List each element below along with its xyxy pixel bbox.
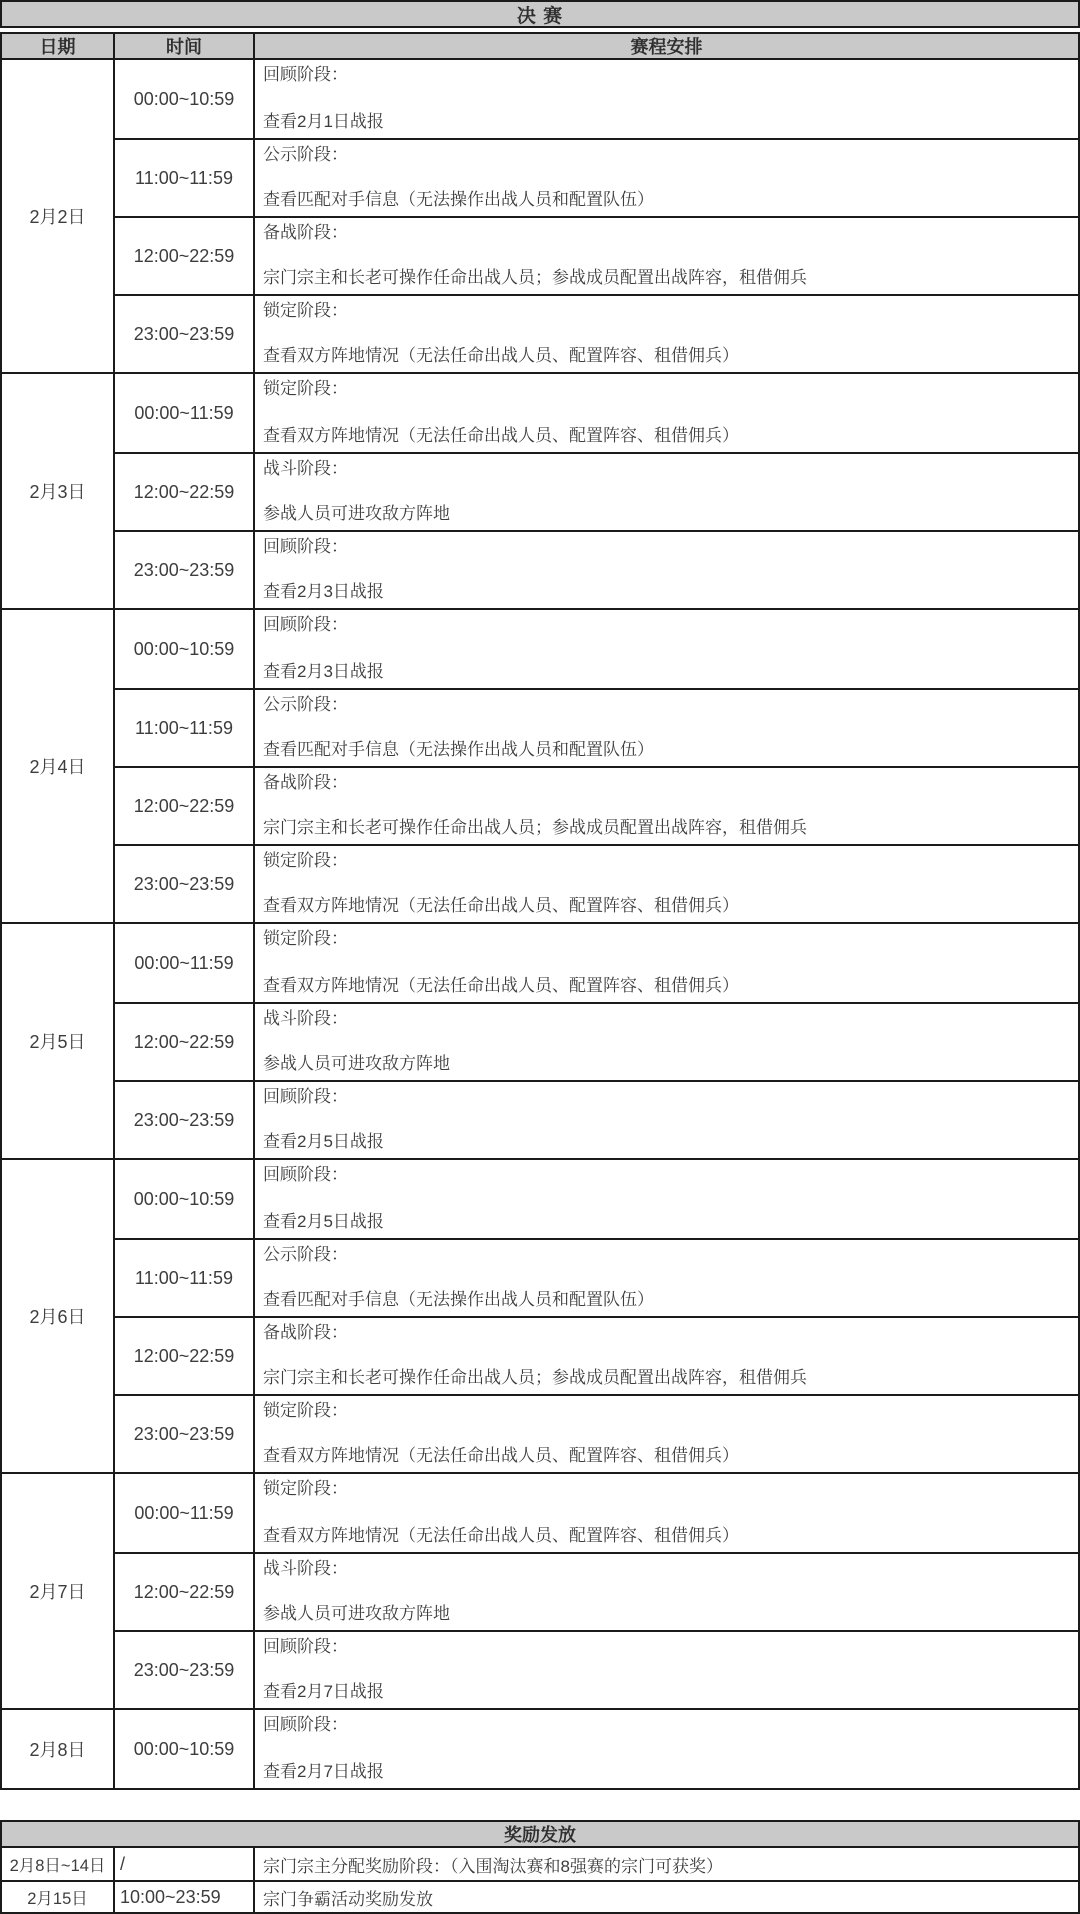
day-row: 2月7日00:00~11:59锁定阶段：查看双方阵地情况（无法任命出战人员、配置… <box>2 1472 1078 1708</box>
time-cell: 10:00~23:59 <box>115 1882 255 1912</box>
finals-title: 决 赛 <box>0 0 1080 28</box>
reward-row: 2月15日10:00~23:59宗门争霸活动奖励发放 <box>2 1880 1078 1912</box>
phase-desc: 查看匹配对手信息（无法操作出战人员和配置队伍） <box>263 189 1068 210</box>
phase-label: 备战阶段： <box>263 772 1068 793</box>
time-cell: 11:00~11:59 <box>115 1240 255 1316</box>
slot-row: 12:00~22:59战斗阶段：参战人员可进攻敌方阵地 <box>115 1552 1078 1630</box>
phase-label: 回顾阶段： <box>263 1714 1068 1735</box>
phase-label: 回顾阶段： <box>263 536 1068 557</box>
schedule-cell: 回顾阶段：查看2月7日战报 <box>255 1710 1078 1788</box>
date-cell: 2月3日 <box>2 374 115 608</box>
slot-row: 12:00~22:59备战阶段：宗门宗主和长老可操作任命出战人员；参战成员配置出… <box>115 216 1078 294</box>
desc-cell: 宗门宗主分配奖励阶段：（入围淘汰赛和8强赛的宗门可获奖） <box>255 1848 1078 1880</box>
schedule-cell: 锁定阶段：查看双方阵地情况（无法任命出战人员、配置阵容、租借佣兵） <box>255 846 1078 922</box>
phase-desc: 查看匹配对手信息（无法操作出战人员和配置队伍） <box>263 1289 1068 1310</box>
time-cell: 00:00~11:59 <box>115 924 255 1002</box>
phase-label: 战斗阶段： <box>263 458 1068 479</box>
day-slots: 00:00~11:59锁定阶段：查看双方阵地情况（无法任命出战人员、配置阵容、租… <box>115 1474 1078 1708</box>
slot-row: 00:00~11:59锁定阶段：查看双方阵地情况（无法任命出战人员、配置阵容、租… <box>115 1474 1078 1552</box>
phase-desc: 参战人员可进攻敌方阵地 <box>263 1053 1068 1074</box>
time-cell: 00:00~10:59 <box>115 1710 255 1788</box>
slot-row: 00:00~11:59锁定阶段：查看双方阵地情况（无法任命出战人员、配置阵容、租… <box>115 924 1078 1002</box>
schedule-cell: 锁定阶段：查看双方阵地情况（无法任命出战人员、配置阵容、租借佣兵） <box>255 924 1078 1002</box>
time-cell: 00:00~10:59 <box>115 60 255 138</box>
schedule-cell: 公示阶段：查看匹配对手信息（无法操作出战人员和配置队伍） <box>255 140 1078 216</box>
schedule-cell: 回顾阶段：查看2月3日战报 <box>255 610 1078 688</box>
time-cell: 23:00~23:59 <box>115 532 255 608</box>
phase-label: 回顾阶段： <box>263 1636 1068 1657</box>
rewards-table: 奖励发放 2月8日~14日/宗门宗主分配奖励阶段：（入围淘汰赛和8强赛的宗门可获… <box>0 1820 1080 1914</box>
day-row: 2月4日00:00~10:59回顾阶段：查看2月3日战报11:00~11:59公… <box>2 608 1078 922</box>
section-gap <box>0 1790 1080 1820</box>
date-cell: 2月2日 <box>2 60 115 372</box>
slot-row: 23:00~23:59锁定阶段：查看双方阵地情况（无法任命出战人员、配置阵容、租… <box>115 1394 1078 1472</box>
time-cell: 12:00~22:59 <box>115 1004 255 1080</box>
schedule-cell: 备战阶段：宗门宗主和长老可操作任命出战人员；参战成员配置出战阵容，租借佣兵 <box>255 768 1078 844</box>
phase-label: 锁定阶段： <box>263 1400 1068 1421</box>
tournament-schedule-document: 决 赛 日期 时间 赛程安排 2月2日00:00~10:59回顾阶段：查看2月1… <box>0 0 1080 1914</box>
time-cell: 12:00~22:59 <box>115 454 255 530</box>
phase-label: 锁定阶段： <box>263 300 1068 321</box>
schedule-cell: 锁定阶段：查看双方阵地情况（无法任命出战人员、配置阵容、租借佣兵） <box>255 296 1078 372</box>
slot-row: 12:00~22:59战斗阶段：参战人员可进攻敌方阵地 <box>115 452 1078 530</box>
phase-desc: 查看2月7日战报 <box>263 1761 1068 1782</box>
phase-label: 备战阶段： <box>263 222 1068 243</box>
day-slots: 00:00~10:59回顾阶段：查看2月7日战报 <box>115 1710 1078 1788</box>
time-cell: 23:00~23:59 <box>115 1082 255 1158</box>
schedule-cell: 备战阶段：宗门宗主和长老可操作任命出战人员；参战成员配置出战阵容，租借佣兵 <box>255 218 1078 294</box>
date-cell: 2月8日 <box>2 1710 115 1788</box>
phase-label: 锁定阶段： <box>263 928 1068 949</box>
day-row: 2月3日00:00~11:59锁定阶段：查看双方阵地情况（无法任命出战人员、配置… <box>2 372 1078 608</box>
time-cell: 11:00~11:59 <box>115 140 255 216</box>
time-cell: 00:00~11:59 <box>115 1474 255 1552</box>
finals-table: 日期 时间 赛程安排 2月2日00:00~10:59回顾阶段：查看2月1日战报1… <box>0 32 1080 1790</box>
schedule-cell: 战斗阶段：参战人员可进攻敌方阵地 <box>255 1554 1078 1630</box>
time-cell: 23:00~23:59 <box>115 1632 255 1708</box>
schedule-cell: 回顾阶段：查看2月5日战报 <box>255 1082 1078 1158</box>
time-cell: 00:00~11:59 <box>115 374 255 452</box>
date-cell: 2月8日~14日 <box>2 1848 115 1880</box>
schedule-cell: 回顾阶段：查看2月7日战报 <box>255 1632 1078 1708</box>
slot-row: 11:00~11:59公示阶段：查看匹配对手信息（无法操作出战人员和配置队伍） <box>115 138 1078 216</box>
phase-desc: 查看匹配对手信息（无法操作出战人员和配置队伍） <box>263 739 1068 760</box>
phase-label: 回顾阶段： <box>263 1086 1068 1107</box>
finals-header-row: 日期 时间 赛程安排 <box>2 34 1078 60</box>
rewards-table-body: 2月8日~14日/宗门宗主分配奖励阶段：（入围淘汰赛和8强赛的宗门可获奖）2月1… <box>2 1848 1078 1912</box>
schedule-cell: 回顾阶段：查看2月5日战报 <box>255 1160 1078 1238</box>
time-cell: 23:00~23:59 <box>115 846 255 922</box>
phase-label: 回顾阶段： <box>263 1164 1068 1185</box>
date-cell: 2月7日 <box>2 1474 115 1708</box>
time-cell: 00:00~10:59 <box>115 610 255 688</box>
phase-desc: 查看2月1日战报 <box>263 111 1068 132</box>
date-cell: 2月15日 <box>2 1882 115 1912</box>
schedule-cell: 公示阶段：查看匹配对手信息（无法操作出战人员和配置队伍） <box>255 1240 1078 1316</box>
phase-label: 锁定阶段： <box>263 1478 1068 1499</box>
day-slots: 00:00~11:59锁定阶段：查看双方阵地情况（无法任命出战人员、配置阵容、租… <box>115 374 1078 608</box>
day-slots: 00:00~11:59锁定阶段：查看双方阵地情况（无法任命出战人员、配置阵容、租… <box>115 924 1078 1158</box>
day-slots: 00:00~10:59回顾阶段：查看2月5日战报11:00~11:59公示阶段：… <box>115 1160 1078 1472</box>
phase-label: 锁定阶段： <box>263 378 1068 399</box>
date-cell: 2月5日 <box>2 924 115 1158</box>
schedule-cell: 战斗阶段：参战人员可进攻敌方阵地 <box>255 1004 1078 1080</box>
phase-label: 公示阶段： <box>263 694 1068 715</box>
phase-desc: 查看双方阵地情况（无法任命出战人员、配置阵容、租借佣兵） <box>263 1445 1068 1466</box>
phase-desc: 查看双方阵地情况（无法任命出战人员、配置阵容、租借佣兵） <box>263 425 1068 446</box>
slot-row: 23:00~23:59锁定阶段：查看双方阵地情况（无法任命出战人员、配置阵容、租… <box>115 294 1078 372</box>
phase-desc: 查看双方阵地情况（无法任命出战人员、配置阵容、租借佣兵） <box>263 975 1068 996</box>
slot-row: 00:00~10:59回顾阶段：查看2月1日战报 <box>115 60 1078 138</box>
time-cell: 12:00~22:59 <box>115 768 255 844</box>
column-header-time: 时间 <box>115 34 255 58</box>
time-cell: / <box>115 1848 255 1880</box>
phase-label: 战斗阶段： <box>263 1558 1068 1579</box>
slot-row: 23:00~23:59回顾阶段：查看2月5日战报 <box>115 1080 1078 1158</box>
day-slots: 00:00~10:59回顾阶段：查看2月1日战报11:00~11:59公示阶段：… <box>115 60 1078 372</box>
phase-desc: 查看双方阵地情况（无法任命出战人员、配置阵容、租借佣兵） <box>263 1525 1068 1546</box>
phase-label: 备战阶段： <box>263 1322 1068 1343</box>
date-cell: 2月4日 <box>2 610 115 922</box>
slot-row: 00:00~10:59回顾阶段：查看2月5日战报 <box>115 1160 1078 1238</box>
phase-label: 锁定阶段： <box>263 850 1068 871</box>
slot-row: 12:00~22:59备战阶段：宗门宗主和长老可操作任命出战人员；参战成员配置出… <box>115 1316 1078 1394</box>
slot-row: 11:00~11:59公示阶段：查看匹配对手信息（无法操作出战人员和配置队伍） <box>115 1238 1078 1316</box>
schedule-cell: 公示阶段：查看匹配对手信息（无法操作出战人员和配置队伍） <box>255 690 1078 766</box>
schedule-cell: 回顾阶段：查看2月3日战报 <box>255 532 1078 608</box>
phase-desc: 查看双方阵地情况（无法任命出战人员、配置阵容、租借佣兵） <box>263 345 1068 366</box>
slot-row: 11:00~11:59公示阶段：查看匹配对手信息（无法操作出战人员和配置队伍） <box>115 688 1078 766</box>
day-row: 2月5日00:00~11:59锁定阶段：查看双方阵地情况（无法任命出战人员、配置… <box>2 922 1078 1158</box>
phase-label: 战斗阶段： <box>263 1008 1068 1029</box>
slot-row: 23:00~23:59回顾阶段：查看2月7日战报 <box>115 1630 1078 1708</box>
phase-desc: 参战人员可进攻敌方阵地 <box>263 503 1068 524</box>
time-cell: 11:00~11:59 <box>115 690 255 766</box>
phase-desc: 宗门宗主和长老可操作任命出战人员；参战成员配置出战阵容，租借佣兵 <box>263 1367 1068 1388</box>
time-cell: 12:00~22:59 <box>115 1318 255 1394</box>
schedule-cell: 锁定阶段：查看双方阵地情况（无法任命出战人员、配置阵容、租借佣兵） <box>255 1396 1078 1472</box>
phase-desc: 宗门宗主和长老可操作任命出战人员；参战成员配置出战阵容，租借佣兵 <box>263 817 1068 838</box>
column-header-date: 日期 <box>2 34 115 58</box>
time-cell: 12:00~22:59 <box>115 218 255 294</box>
phase-desc: 查看2月3日战报 <box>263 661 1068 682</box>
schedule-cell: 战斗阶段：参战人员可进攻敌方阵地 <box>255 454 1078 530</box>
slot-row: 23:00~23:59回顾阶段：查看2月3日战报 <box>115 530 1078 608</box>
column-header-schedule: 赛程安排 <box>255 34 1078 58</box>
schedule-cell: 锁定阶段：查看双方阵地情况（无法任命出战人员、配置阵容、租借佣兵） <box>255 1474 1078 1552</box>
phase-desc: 查看2月7日战报 <box>263 1681 1068 1702</box>
phase-desc: 参战人员可进攻敌方阵地 <box>263 1603 1068 1624</box>
schedule-cell: 锁定阶段：查看双方阵地情况（无法任命出战人员、配置阵容、租借佣兵） <box>255 374 1078 452</box>
day-row: 2月8日00:00~10:59回顾阶段：查看2月7日战报 <box>2 1708 1078 1788</box>
phase-desc: 宗门宗主和长老可操作任命出战人员；参战成员配置出战阵容，租借佣兵 <box>263 267 1068 288</box>
schedule-cell: 回顾阶段：查看2月1日战报 <box>255 60 1078 138</box>
time-cell: 23:00~23:59 <box>115 1396 255 1472</box>
day-slots: 00:00~10:59回顾阶段：查看2月3日战报11:00~11:59公示阶段：… <box>115 610 1078 922</box>
phase-label: 回顾阶段： <box>263 64 1068 85</box>
schedule-cell: 备战阶段：宗门宗主和长老可操作任命出战人员；参战成员配置出战阵容，租借佣兵 <box>255 1318 1078 1394</box>
slot-row: 00:00~10:59回顾阶段：查看2月3日战报 <box>115 610 1078 688</box>
time-cell: 12:00~22:59 <box>115 1554 255 1630</box>
date-cell: 2月6日 <box>2 1160 115 1472</box>
slot-row: 23:00~23:59锁定阶段：查看双方阵地情况（无法任命出战人员、配置阵容、租… <box>115 844 1078 922</box>
phase-desc: 查看2月5日战报 <box>263 1131 1068 1152</box>
reward-row: 2月8日~14日/宗门宗主分配奖励阶段：（入围淘汰赛和8强赛的宗门可获奖） <box>2 1848 1078 1880</box>
phase-desc: 查看2月3日战报 <box>263 581 1068 602</box>
day-row: 2月2日00:00~10:59回顾阶段：查看2月1日战报11:00~11:59公… <box>2 60 1078 372</box>
slot-row: 12:00~22:59备战阶段：宗门宗主和长老可操作任命出战人员；参战成员配置出… <box>115 766 1078 844</box>
time-cell: 00:00~10:59 <box>115 1160 255 1238</box>
day-row: 2月6日00:00~10:59回顾阶段：查看2月5日战报11:00~11:59公… <box>2 1158 1078 1472</box>
phase-desc: 查看2月5日战报 <box>263 1211 1068 1232</box>
time-cell: 23:00~23:59 <box>115 296 255 372</box>
phase-label: 回顾阶段： <box>263 614 1068 635</box>
slot-row: 00:00~11:59锁定阶段：查看双方阵地情况（无法任命出战人员、配置阵容、租… <box>115 374 1078 452</box>
phase-desc: 查看双方阵地情况（无法任命出战人员、配置阵容、租借佣兵） <box>263 895 1068 916</box>
desc-cell: 宗门争霸活动奖励发放 <box>255 1882 1078 1912</box>
slot-row: 00:00~10:59回顾阶段：查看2月7日战报 <box>115 1710 1078 1788</box>
finals-table-body: 2月2日00:00~10:59回顾阶段：查看2月1日战报11:00~11:59公… <box>2 60 1078 1788</box>
rewards-title: 奖励发放 <box>2 1822 1078 1848</box>
phase-label: 公示阶段： <box>263 1244 1068 1265</box>
phase-label: 公示阶段： <box>263 144 1068 165</box>
slot-row: 12:00~22:59战斗阶段：参战人员可进攻敌方阵地 <box>115 1002 1078 1080</box>
